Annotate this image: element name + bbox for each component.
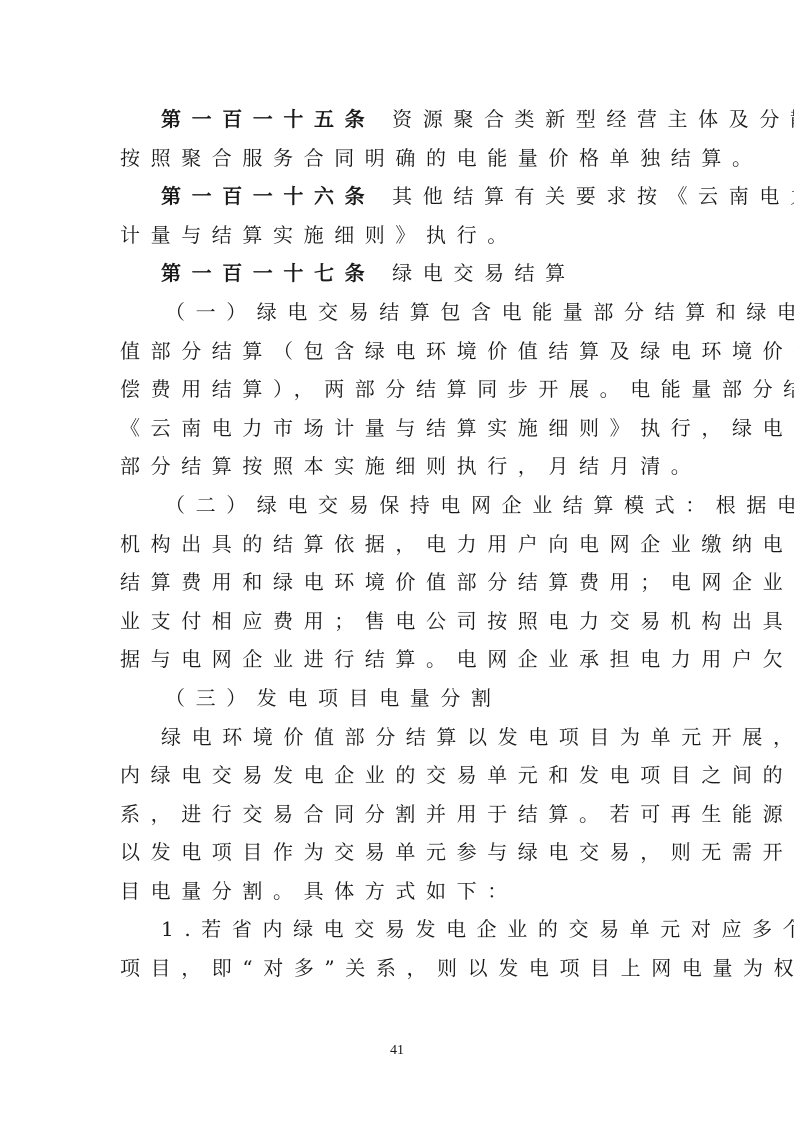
article-117-heading: 第一百一十七条 [161,261,375,285]
item-1-line-1: 1.若省内绿电交易发电企业的交易单元对应多个发电 [120,910,680,949]
article-117-line-1: 第一百一十七条 绿电交易结算 [120,254,680,293]
clause-1-line-2: 值部分结算（包含绿电环境价值结算及绿电环境价值偏差补 [120,332,680,371]
clause-2-line-2: 机构出具的结算依据，电力用户向电网企业缴纳电能量部分 [120,525,680,564]
article-115-line-1: 第一百一十五条 资源聚合类新型经营主体及分散资源 [120,100,680,139]
page-number: 41 [0,1043,794,1059]
article-115-heading: 第一百一十五条 [161,107,375,131]
clause-3-para-line-3: 系，进行交易合同分割并用于结算。若可再生能源发电企业 [120,795,680,834]
clause-3-para-line-4: 以发电项目作为交易单元参与绿电交易，则无需开展发电项 [120,833,680,872]
clause-1-line-5: 部分结算按照本实施细则执行，月结月清。 [120,447,680,486]
document-page: 第一百一十五条 资源聚合类新型经营主体及分散资源 按照聚合服务合同明确的电能量价… [0,0,794,1123]
clause-2-line-1: （二）绿电交易保持电网企业结算模式：根据电力交易 [120,486,680,525]
clause-3-para-line-1: 绿电环境价值部分结算以发电项目为单元开展，根据省 [120,718,680,757]
body-text: 第一百一十五条 资源聚合类新型经营主体及分散资源 按照聚合服务合同明确的电能量价… [120,100,680,988]
article-116-line-1: 第一百一十六条 其他结算有关要求按《云南电力市场 [120,177,680,216]
clause-3-para-line-5: 目电量分割。具体方式如下： [120,872,680,911]
clause-3-heading: （三）发电项目电量分割 [120,679,680,718]
item-1-line-2: 项目，即“对多”关系，则以发电项目上网电量为权重，逐 [120,949,680,988]
article-116-heading: 第一百一十六条 [161,184,375,208]
clause-1-line-1: （一）绿电交易结算包含电能量部分结算和绿电环境价 [120,293,680,332]
clause-1-line-3: 偿费用结算），两部分结算同步开展。电能量部分结算按照 [120,370,680,409]
clause-1-line-4: 《云南电力市场计量与结算实施细则》执行，绿电环境价值 [120,409,680,448]
article-115-line-2: 按照聚合服务合同明确的电能量价格单独结算。 [120,139,680,178]
clause-2-line-4: 业支付相应费用；售电公司按照电力交易机构出具的结算依 [120,602,680,641]
clause-2-line-5: 据与电网企业进行结算。电网企业承担电力用户欠费风险。 [120,640,680,679]
clause-2-line-3: 结算费用和绿电环境价值部分结算费用；电网企业向发电企 [120,563,680,602]
clause-3-para-line-2: 内绿电交易发电企业的交易单元和发电项目之间的对应关 [120,756,680,795]
article-116-line-2: 计量与结算实施细则》执行。 [120,216,680,255]
